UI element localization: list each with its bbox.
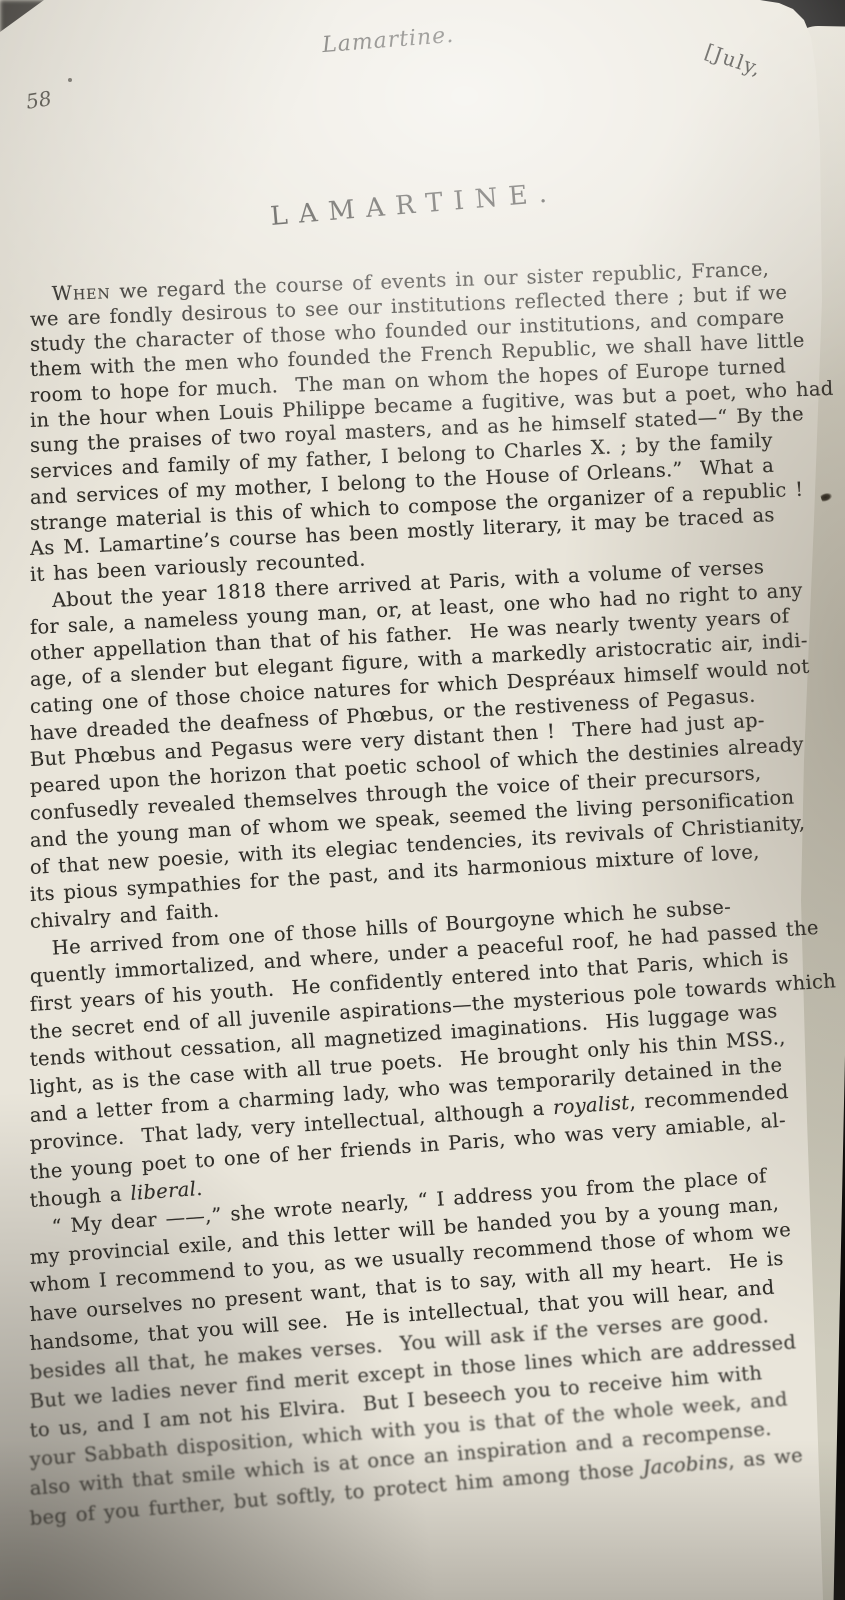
photo-background: Lamartine. [July, 58 LAMARTINE. When we … bbox=[0, 0, 845, 1600]
article-text: When we regard the course of events in o… bbox=[30, 283, 830, 1536]
dust-speck bbox=[68, 78, 72, 82]
page-number: 58 bbox=[24, 86, 53, 114]
